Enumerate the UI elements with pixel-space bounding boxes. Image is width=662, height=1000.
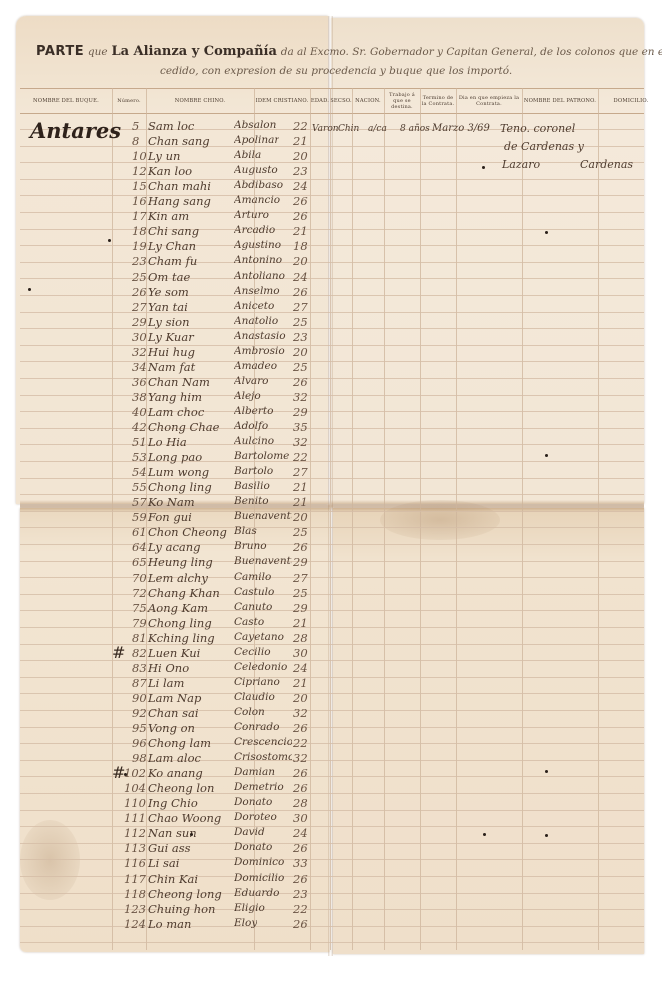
ink-dot <box>482 166 485 169</box>
ruled-line <box>20 245 644 246</box>
row-nombre-cristiano: Camilo <box>234 571 271 583</box>
row-nombre-chino: Heung ling <box>148 555 213 569</box>
row-nombre-cristiano: Benito <box>234 495 269 507</box>
ink-dot <box>545 231 548 234</box>
row-nombre-chino: Li sai <box>148 856 179 870</box>
row-nombre-chino: Chong ling <box>148 480 212 494</box>
row-nombre-chino: Lam Nap <box>148 691 201 705</box>
col-edad: EDAD. <box>310 89 330 113</box>
row-nombre-chino: Ly acang <box>148 540 201 554</box>
row-nombre-cristiano: Antonino <box>234 254 282 266</box>
row-number: 64 <box>132 540 147 554</box>
row-nombre-cristiano: Eduardo <box>234 887 279 899</box>
row-number: 95 <box>132 721 147 735</box>
row-nombre-cristiano: Eloy <box>234 917 257 929</box>
row-nombre-cristiano: Alvaro <box>234 375 268 387</box>
title-parte: PARTE <box>36 44 84 59</box>
ink-dot <box>545 770 548 773</box>
row-nombre-cristiano: Blas <box>234 525 257 537</box>
row-nombre-cristiano: Arcadio <box>234 224 275 236</box>
row-number: 70 <box>132 571 147 585</box>
row-nombre-chino: Chan sai <box>148 706 199 720</box>
ink-dot <box>124 773 127 776</box>
row-nombre-chino: Chong lam <box>148 736 211 750</box>
row-edad: 26 <box>293 375 308 389</box>
row-number: 17 <box>132 209 147 223</box>
table-header: NOMBRE DEL BUQUE. Número. NOMBRE CHINO. … <box>20 88 644 114</box>
row-nombre-chino: Lo Hia <box>148 435 187 449</box>
col-termino: Termino de la Contrata. <box>420 89 456 113</box>
row-number: 10 <box>132 149 147 163</box>
row-nombre-cristiano: Doroteo <box>234 811 277 823</box>
row-edad: 20 <box>293 691 308 705</box>
ruled-line <box>20 693 644 694</box>
row-nombre-cristiano: Augusto <box>234 164 278 176</box>
column-line <box>330 88 331 950</box>
row-nombre-cristiano: Buenaventura <box>234 555 292 567</box>
row-number: 65 <box>132 555 147 569</box>
row-edad: 21 <box>293 495 308 509</box>
row-edad: 23 <box>293 330 308 344</box>
row-nombre-cristiano: Anselmo <box>234 285 280 297</box>
ruled-line <box>20 195 644 196</box>
row-nombre-chino: Hui hug <box>148 345 195 359</box>
row-nombre-cristiano: Absalon <box>234 119 276 131</box>
row-number: 117 <box>124 872 146 886</box>
row-number: 54 <box>132 465 147 479</box>
row-nombre-chino: Chan mahi <box>148 179 211 193</box>
row-nombre-chino: Ko anang <box>148 766 203 780</box>
row-edad: 21 <box>293 134 308 148</box>
column-line <box>112 88 113 950</box>
row-edad: 21 <box>293 616 308 630</box>
row-number: 83 <box>132 661 147 675</box>
row-nombre-cristiano: Ambrosio <box>234 345 285 357</box>
row-edad: 26 <box>293 721 308 735</box>
row-nombre-chino: Gui ass <box>148 841 191 855</box>
row-number: 40 <box>132 405 147 419</box>
col-domicilio: DOMICILIO. <box>598 89 662 113</box>
row-edad: 29 <box>293 405 308 419</box>
row-nombre-chino: Sam loc <box>148 119 194 133</box>
row-nombre-chino: Kin am <box>148 209 189 223</box>
row-nombre-chino: Ing Chio <box>148 796 198 810</box>
row-nombre-cristiano: Bruno <box>234 540 267 552</box>
first-row-nacion: Chin <box>338 124 359 134</box>
row-number: 16 <box>132 194 147 208</box>
row-number: 32 <box>132 345 147 359</box>
title-rest: da al Excmo. Sr. Gobernador y Capitan Ge… <box>281 46 662 58</box>
ruled-line <box>20 511 644 512</box>
ruled-line <box>20 942 644 943</box>
row-nombre-chino: Yang him <box>148 390 202 404</box>
ruled-line <box>20 859 644 860</box>
ruled-line <box>20 461 644 462</box>
row-edad: 27 <box>293 300 308 314</box>
row-edad: 21 <box>293 224 308 238</box>
row-number: 110 <box>124 796 146 810</box>
row-edad: 26 <box>293 841 308 855</box>
first-row-trabajo: a/ca <box>368 124 387 134</box>
row-nombre-chino: Lam aloc <box>148 751 201 765</box>
row-nombre-cristiano: Dominico <box>234 856 284 868</box>
row-nombre-cristiano: Colon <box>234 706 265 718</box>
ruled-line <box>20 328 644 329</box>
row-nombre-cristiano: Donato <box>234 796 272 808</box>
row-nombre-chino: Lam choc <box>148 405 204 419</box>
first-row-patrono-2: de Cardenas y <box>504 140 584 153</box>
row-nombre-cristiano: Amancio <box>234 194 280 206</box>
row-number: 116 <box>124 856 146 870</box>
title-que: que <box>88 46 108 58</box>
row-number: 12 <box>132 164 147 178</box>
row-edad: 29 <box>293 601 308 615</box>
row-edad: 29 <box>293 555 308 569</box>
ruled-line <box>20 527 644 528</box>
row-nombre-cristiano: Demetrio <box>234 781 284 793</box>
ruled-line <box>20 411 644 412</box>
first-row-dia: Marzo 3/69 <box>432 123 490 134</box>
first-row-domicilio: Cardenas <box>580 158 633 171</box>
row-edad: 25 <box>293 315 308 329</box>
row-nombre-cristiano: Antoliano <box>234 270 285 282</box>
ink-dot <box>28 288 31 291</box>
row-nombre-chino: Chin Kai <box>148 872 198 886</box>
row-number: 123 <box>124 902 146 916</box>
row-number: 118 <box>124 887 146 901</box>
row-nombre-chino: Chuing hon <box>148 902 215 916</box>
row-nombre-chino: Aong Kam <box>148 601 208 615</box>
row-nombre-chino: Chi sang <box>148 224 199 238</box>
ruled-line <box>20 577 644 578</box>
ruled-line <box>20 262 644 263</box>
row-number: 96 <box>132 736 147 750</box>
row-number: 90 <box>132 691 147 705</box>
row-edad: 21 <box>293 676 308 690</box>
title-line-2: cedido, con expresion de su procedencia … <box>160 65 512 77</box>
row-edad: 32 <box>293 435 308 449</box>
row-edad: 32 <box>293 751 308 765</box>
row-edad: 35 <box>293 420 308 434</box>
row-nombre-cristiano: Eligio <box>234 902 265 914</box>
row-nombre-chino: Lum wong <box>148 465 209 479</box>
row-number: 36 <box>132 375 147 389</box>
row-nombre-chino: Ly sion <box>148 315 190 329</box>
row-nombre-cristiano: Arturo <box>234 209 269 221</box>
row-edad: 25 <box>293 586 308 600</box>
ruled-line <box>20 345 644 346</box>
row-nombre-cristiano: Amadeo <box>234 360 277 372</box>
row-nombre-chino: Chang Khan <box>148 586 220 600</box>
ruled-line <box>20 876 644 877</box>
row-nombre-cristiano: Casto <box>234 616 264 628</box>
row-number: 82 <box>132 646 147 660</box>
row-edad: 23 <box>293 164 308 178</box>
row-edad: 18 <box>293 239 308 253</box>
margin-mark: # <box>112 643 125 662</box>
ink-dot <box>545 834 548 837</box>
ruled-line <box>20 743 644 744</box>
row-edad: 24 <box>293 661 308 675</box>
row-number: 59 <box>132 510 147 524</box>
row-edad: 30 <box>293 811 308 825</box>
row-nombre-cristiano: Bartolo <box>234 465 273 477</box>
ruled-line <box>20 544 644 545</box>
row-number: 102 <box>124 766 146 780</box>
ruled-line <box>20 278 644 279</box>
row-nombre-chino: Hi Ono <box>148 661 189 675</box>
row-nombre-cristiano: Crescencio <box>234 736 292 748</box>
row-nombre-cristiano: Abdibaso <box>234 179 283 191</box>
row-nombre-cristiano: Cecilio <box>234 646 271 658</box>
ruled-line <box>20 395 644 396</box>
row-nombre-chino: Li lam <box>148 676 184 690</box>
row-number: 23 <box>132 254 147 268</box>
ruled-line <box>20 843 644 844</box>
row-nombre-cristiano: Bartolome <box>234 450 289 462</box>
ruled-line <box>20 594 644 595</box>
row-nombre-chino: Nam fat <box>148 360 195 374</box>
row-nombre-cristiano: Adolfo <box>234 420 268 432</box>
row-edad: 21 <box>293 480 308 494</box>
row-edad: 26 <box>293 209 308 223</box>
first-row-patrono-3: Lazaro <box>502 158 540 171</box>
row-number: 57 <box>132 495 147 509</box>
row-nombre-cristiano: Agustino <box>234 239 281 251</box>
ruled-line <box>20 909 644 910</box>
row-number: 72 <box>132 586 147 600</box>
row-number: 112 <box>124 826 146 840</box>
row-nombre-chino: Long pao <box>148 450 202 464</box>
row-nombre-chino: Yan tai <box>148 300 188 314</box>
ruled-line <box>20 212 644 213</box>
col-numero: Número. <box>112 89 146 113</box>
col-secso: SECSO. <box>330 89 352 113</box>
row-number: 27 <box>132 300 147 314</box>
ruled-line <box>20 179 644 180</box>
row-nombre-chino: Cham fu <box>148 254 197 268</box>
row-number: 30 <box>132 330 147 344</box>
row-nombre-chino: Lo man <box>148 917 191 931</box>
row-nombre-chino: Ly Chan <box>148 239 196 253</box>
row-edad: 20 <box>293 510 308 524</box>
ruled-line <box>20 793 644 794</box>
row-nombre-chino: Chao Woong <box>148 811 221 825</box>
row-number: 15 <box>132 179 147 193</box>
ruled-line <box>20 478 644 479</box>
row-number: 111 <box>124 811 146 825</box>
row-number: 8 <box>132 134 139 148</box>
row-number: 113 <box>124 841 146 855</box>
col-idem-cristiano: IDEM CRISTIANO. <box>254 89 310 113</box>
row-nombre-chino: Vong on <box>148 721 195 735</box>
row-nombre-cristiano: Conrado <box>234 721 279 733</box>
row-edad: 32 <box>293 706 308 720</box>
ink-dot <box>190 833 193 836</box>
row-number: 53 <box>132 450 147 464</box>
row-edad: 27 <box>293 571 308 585</box>
row-edad: 33 <box>293 856 308 870</box>
row-nombre-chino: Om tae <box>148 270 190 284</box>
row-nombre-chino: Hang sang <box>148 194 211 208</box>
ruled-line <box>20 312 644 313</box>
ruled-line <box>20 428 644 429</box>
row-nombre-cristiano: Alejo <box>234 390 261 402</box>
row-nombre-chino: Kching ling <box>148 631 215 645</box>
row-nombre-chino: Ko Nam <box>148 495 195 509</box>
row-edad: 24 <box>293 179 308 193</box>
row-edad: 26 <box>293 540 308 554</box>
row-nombre-chino: Lem alchy <box>148 571 208 585</box>
ruled-line <box>20 561 644 562</box>
row-edad: 22 <box>293 450 308 464</box>
ruled-line <box>20 826 644 827</box>
row-nombre-chino: Chong Chae <box>148 420 219 434</box>
row-edad: 20 <box>293 254 308 268</box>
col-nombre-patrono: NOMBRE DEL PATRONO. <box>522 89 598 113</box>
row-edad: 25 <box>293 360 308 374</box>
row-number: 92 <box>132 706 147 720</box>
ruled-line <box>20 677 644 678</box>
ruled-line <box>20 710 644 711</box>
row-number: 79 <box>132 616 147 630</box>
row-nombre-chino: Ye som <box>148 285 189 299</box>
row-nombre-cristiano: Aulcino <box>234 435 274 447</box>
water-stain <box>380 500 500 540</box>
row-number: 5 <box>132 119 139 133</box>
row-nombre-cristiano: Apolinar <box>234 134 279 146</box>
row-number: 104 <box>124 781 146 795</box>
row-nombre-cristiano: Cayetano <box>234 631 284 643</box>
ruled-line <box>20 378 644 379</box>
ruled-line <box>20 760 644 761</box>
row-edad: 20 <box>293 149 308 163</box>
row-edad: 22 <box>293 736 308 750</box>
column-line <box>310 88 311 950</box>
row-nombre-cristiano: Castulo <box>234 586 274 598</box>
row-number: 55 <box>132 480 147 494</box>
ruled-line <box>20 627 644 628</box>
column-line <box>456 88 457 950</box>
row-number: 38 <box>132 390 147 404</box>
column-line <box>420 88 421 950</box>
row-edad: 25 <box>293 525 308 539</box>
row-nombre-cristiano: Cipriano <box>234 676 280 688</box>
row-nombre-cristiano: Anastasio <box>234 330 286 342</box>
row-nombre-cristiano: Aniceto <box>234 300 274 312</box>
row-edad: 26 <box>293 872 308 886</box>
row-nombre-chino: Chon Cheong <box>148 525 227 539</box>
row-nombre-chino: Luen Kui <box>148 646 200 660</box>
row-number: 29 <box>132 315 147 329</box>
ruled-line <box>20 494 644 495</box>
row-edad: 27 <box>293 465 308 479</box>
document-title: PARTE que La Alianza y Compañía da al Ex… <box>36 44 646 59</box>
first-row-termino: 8 años <box>400 124 430 134</box>
row-number: 87 <box>132 676 147 690</box>
row-edad: 28 <box>293 796 308 810</box>
row-nombre-cristiano: David <box>234 826 265 838</box>
row-number: 18 <box>132 224 147 238</box>
ruled-line <box>20 361 644 362</box>
row-nombre-cristiano: Basilio <box>234 480 270 492</box>
row-nombre-chino: Cheong long <box>148 887 222 901</box>
row-nombre-chino: Chong ling <box>148 616 212 630</box>
column-line <box>384 88 385 950</box>
row-nombre-cristiano: Crisostomo <box>234 751 292 763</box>
title-company: La Alianza y Compañía <box>111 44 276 59</box>
first-row-sexo: Varon <box>312 124 339 134</box>
row-edad: 26 <box>293 917 308 931</box>
row-nombre-cristiano: Damian <box>234 766 275 778</box>
row-number: 25 <box>132 270 147 284</box>
row-nombre-cristiano: Domicilio <box>234 872 284 884</box>
column-line <box>522 88 523 950</box>
row-edad: 24 <box>293 826 308 840</box>
col-nacion: NACION. <box>352 89 384 113</box>
first-row-patrono-1: Teno. coronel <box>500 122 575 135</box>
col-nombre-chino: NOMBRE CHINO. <box>146 89 254 113</box>
row-number: 124 <box>124 917 146 931</box>
row-nombre-cristiano: Canuto <box>234 601 272 613</box>
row-nombre-chino: Chan Nam <box>148 375 210 389</box>
ink-dot <box>483 833 486 836</box>
row-nombre-cristiano: Claudio <box>234 691 275 703</box>
row-nombre-cristiano: Abila <box>234 149 261 161</box>
row-nombre-chino: Ly Kuar <box>148 330 194 344</box>
column-line <box>352 88 353 950</box>
ink-dot <box>545 454 548 457</box>
ruled-line <box>20 810 644 811</box>
row-number: 26 <box>132 285 147 299</box>
col-nombre-buque: NOMBRE DEL BUQUE. <box>20 89 112 113</box>
row-edad: 22 <box>293 902 308 916</box>
column-line <box>598 88 599 950</box>
row-edad: 26 <box>293 766 308 780</box>
row-number: 51 <box>132 435 147 449</box>
ship-name: Antares <box>30 118 121 143</box>
row-edad: 26 <box>293 781 308 795</box>
row-number: 61 <box>132 525 147 539</box>
ruled-line <box>20 162 644 163</box>
row-edad: 28 <box>293 631 308 645</box>
ruled-line <box>20 610 644 611</box>
ruled-line <box>20 727 644 728</box>
row-nombre-cristiano: Alberto <box>234 405 273 417</box>
row-nombre-chino: Kan loo <box>148 164 192 178</box>
ruled-line <box>20 926 644 927</box>
ruled-line <box>20 444 644 445</box>
col-dia-empieza: Dia en que empieza la Contrata. <box>456 89 522 113</box>
row-edad: 26 <box>293 285 308 299</box>
ink-dot <box>108 239 111 242</box>
row-edad: 30 <box>293 646 308 660</box>
ruled-line <box>20 295 644 296</box>
row-nombre-cristiano: Donato <box>234 841 272 853</box>
ruled-line <box>20 893 644 894</box>
row-nombre-chino: Chan sang <box>148 134 210 148</box>
row-nombre-cristiano: Celedonio <box>234 661 287 673</box>
row-edad: 26 <box>293 194 308 208</box>
row-edad: 24 <box>293 270 308 284</box>
row-number: 98 <box>132 751 147 765</box>
row-number: 34 <box>132 360 147 374</box>
row-number: 42 <box>132 420 147 434</box>
row-number: 81 <box>132 631 147 645</box>
row-nombre-chino: Ly un <box>148 149 180 163</box>
ruled-line <box>20 229 644 230</box>
row-number: 19 <box>132 239 147 253</box>
